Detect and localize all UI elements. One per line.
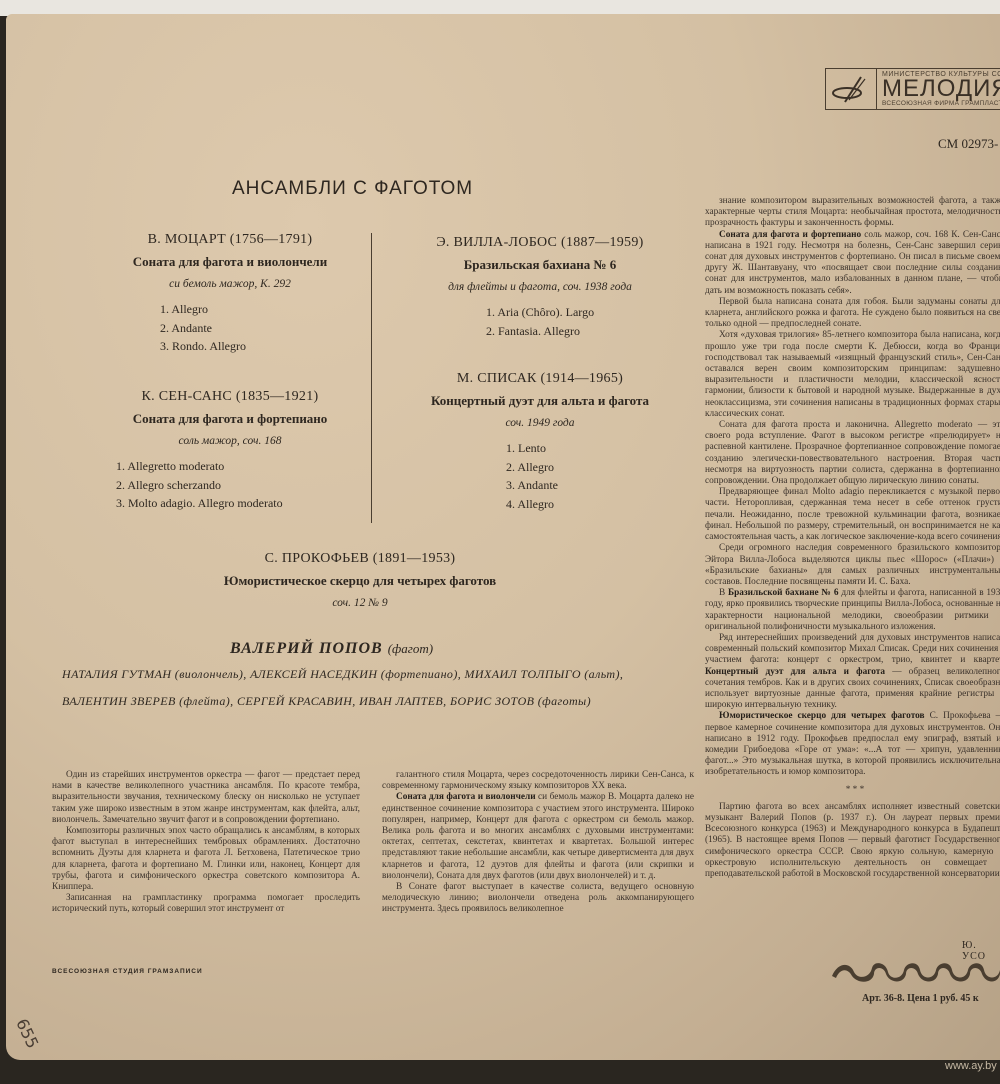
ensemble-line: ВАЛЕНТИН ЗВЕРЕВ (флейта), СЕРГЕЙ КРАСАВИ… — [62, 694, 591, 709]
liner-paragraph: Первой была написана соната для гобоя. Б… — [705, 297, 1000, 331]
movement-list: 1. Allegretto moderato 2. Allegro scherz… — [116, 457, 368, 513]
movement: 4. Allegro — [506, 495, 680, 514]
work-saint-saens: К. СЕН-САНС (1835—1921) Соната для фагот… — [92, 389, 368, 513]
movement: 1. Lento — [506, 439, 680, 458]
work-spisak: М. СПИСАК (1914—1965) Концертный дуэт дл… — [400, 371, 680, 513]
movement: 1. Aria (Chôro). Largo — [486, 303, 680, 322]
melodiya-logo: МИНИСТЕРСТВО КУЛЬТУРЫ СССР МЕЛОДИЯ ВСЕСО… — [825, 68, 1000, 110]
liner-paragraph: Партию фагота во всех ансамблях исполняе… — [705, 802, 1000, 880]
catalog-number: СМ 02973- — [938, 136, 998, 152]
liner-paragraph: Ряд интереснейших произведений для духов… — [705, 633, 1000, 711]
liner-notes-col3: знание композитором выразительных возмож… — [705, 196, 1000, 880]
soloist-role: (фагот) — [388, 641, 433, 656]
liner-paragraph: Среди огромного наследия современного бр… — [705, 543, 1000, 588]
liner-paragraph: Хотя «духовая трилогия» 85-летнего компо… — [705, 330, 1000, 420]
album-title: АНСАМБЛИ С ФАГОТОМ — [232, 178, 473, 200]
composer-name: Э. ВИЛЛА-ЛОБОС (1887—1959) — [400, 235, 680, 251]
movement: 2. Allegro — [506, 458, 680, 477]
brand-name: МЕЛОДИЯ — [882, 78, 1000, 100]
movement-list: 1. Aria (Chôro). Largo 2. Fantasia. Alle… — [486, 303, 680, 340]
liner-paragraph: Предваряющее финал Molto adagio переклик… — [705, 487, 1000, 543]
liner-paragraph: Композиторы различных эпох часто обращал… — [52, 826, 360, 893]
studio-credit: ВСЕСОЮЗНАЯ СТУДИЯ ГРАМЗАПИСИ — [52, 968, 203, 975]
composer-name: С. ПРОКОФЬЕВ (1891—1953) — [170, 551, 550, 567]
liner-notes-col1: Один из старейших инструментов оркестра … — [52, 770, 360, 916]
melodiya-logo-icon — [826, 69, 877, 109]
work-meta: для флейты и фагота, соч. 1938 года — [400, 281, 680, 293]
work-villa-lobos: Э. ВИЛЛА-ЛОБОС (1887—1959) Бразильская б… — [400, 235, 680, 340]
watermark: www.ay.by — [945, 1060, 997, 1072]
soloist: ВАЛЕРИЙ ПОПОВ (фагот) — [230, 640, 433, 658]
section-separator: * * * — [705, 785, 1000, 796]
work-title: Бразильская бахиана № 6 — [400, 257, 680, 273]
work-title: Соната для фагота и фортепиано — [92, 411, 368, 427]
liner-paragraph: знание композитором выразительных возмож… — [705, 196, 1000, 230]
movement-list: 1. Lento 2. Allegro 3. Andante 4. Allegr… — [506, 439, 680, 513]
composer-name: К. СЕН-САНС (1835—1921) — [92, 389, 368, 405]
liner-paragraph: В Сонате фагот выступает в качестве соли… — [382, 882, 694, 916]
work-meta: си бемоль мажор, К. 292 — [100, 278, 360, 290]
work-title: Соната для фагота и виолончели — [100, 254, 360, 270]
work-meta: соч. 1949 года — [400, 417, 680, 429]
work-title: Юмористическое скерцо для четырех фагото… — [170, 573, 550, 589]
ensemble-line: НАТАЛИЯ ГУТМАН (виолончель), АЛЕКСЕЙ НАС… — [62, 667, 623, 682]
column-divider — [371, 233, 372, 523]
movement: 2. Andante — [160, 319, 360, 338]
movement: 3. Molto adagio. Allegro moderato — [116, 494, 368, 513]
work-meta: соль мажор, соч. 168 — [92, 435, 368, 447]
ornament-border-icon — [830, 958, 1000, 984]
liner-paragraph: Записанная на грампластинку программа по… — [52, 893, 360, 915]
movement: 3. Rondo. Allegro — [160, 337, 360, 356]
liner-paragraph: Соната для фагота и виолончели си бемоль… — [382, 792, 694, 882]
work-meta: соч. 12 № 9 — [170, 597, 550, 609]
movement: 1. Allegretto moderato — [116, 457, 368, 476]
liner-paragraph: В Бразильской бахиане № 6 для флейты и ф… — [705, 588, 1000, 633]
brand-subtitle: ВСЕСОЮЗНАЯ ФИРМА ГРАМПЛАСТИНОК — [882, 100, 1000, 107]
liner-paragraph: Соната для фагота проста и лаконична. Al… — [705, 420, 1000, 487]
liner-notes-col2: галантного стиля Моцарта, через сосредот… — [382, 770, 694, 916]
movement: 3. Andante — [506, 476, 680, 495]
liner-paragraph: галантного стиля Моцарта, через сосредот… — [382, 770, 694, 792]
movement-list: 1. Allegro 2. Andante 3. Rondo. Allegro — [160, 300, 360, 356]
work-mozart: В. МОЦАРТ (1756—1791) Соната для фагота … — [100, 232, 360, 356]
liner-paragraph: Соната для фагота и фортепиано соль мажо… — [705, 230, 1000, 297]
liner-paragraph: Юмористическое скерцо для четырех фагото… — [705, 711, 1000, 778]
movement: 1. Allegro — [160, 300, 360, 319]
soloist-name: ВАЛЕРИЙ ПОПОВ — [230, 640, 383, 657]
composer-name: М. СПИСАК (1914—1965) — [400, 371, 680, 387]
price-label: Арт. 36-8. Цена 1 руб. 45 к — [862, 993, 979, 1004]
movement: 2. Allegro scherzando — [116, 476, 368, 495]
movement: 2. Fantasia. Allegro — [486, 322, 680, 341]
composer-name: В. МОЦАРТ (1756—1791) — [100, 232, 360, 248]
work-title: Концертный дуэт для альта и фагота — [400, 393, 680, 409]
liner-paragraph: Один из старейших инструментов оркестра … — [52, 770, 360, 826]
work-prokofiev: С. ПРОКОФЬЕВ (1891—1953) Юмористическое … — [170, 551, 550, 609]
